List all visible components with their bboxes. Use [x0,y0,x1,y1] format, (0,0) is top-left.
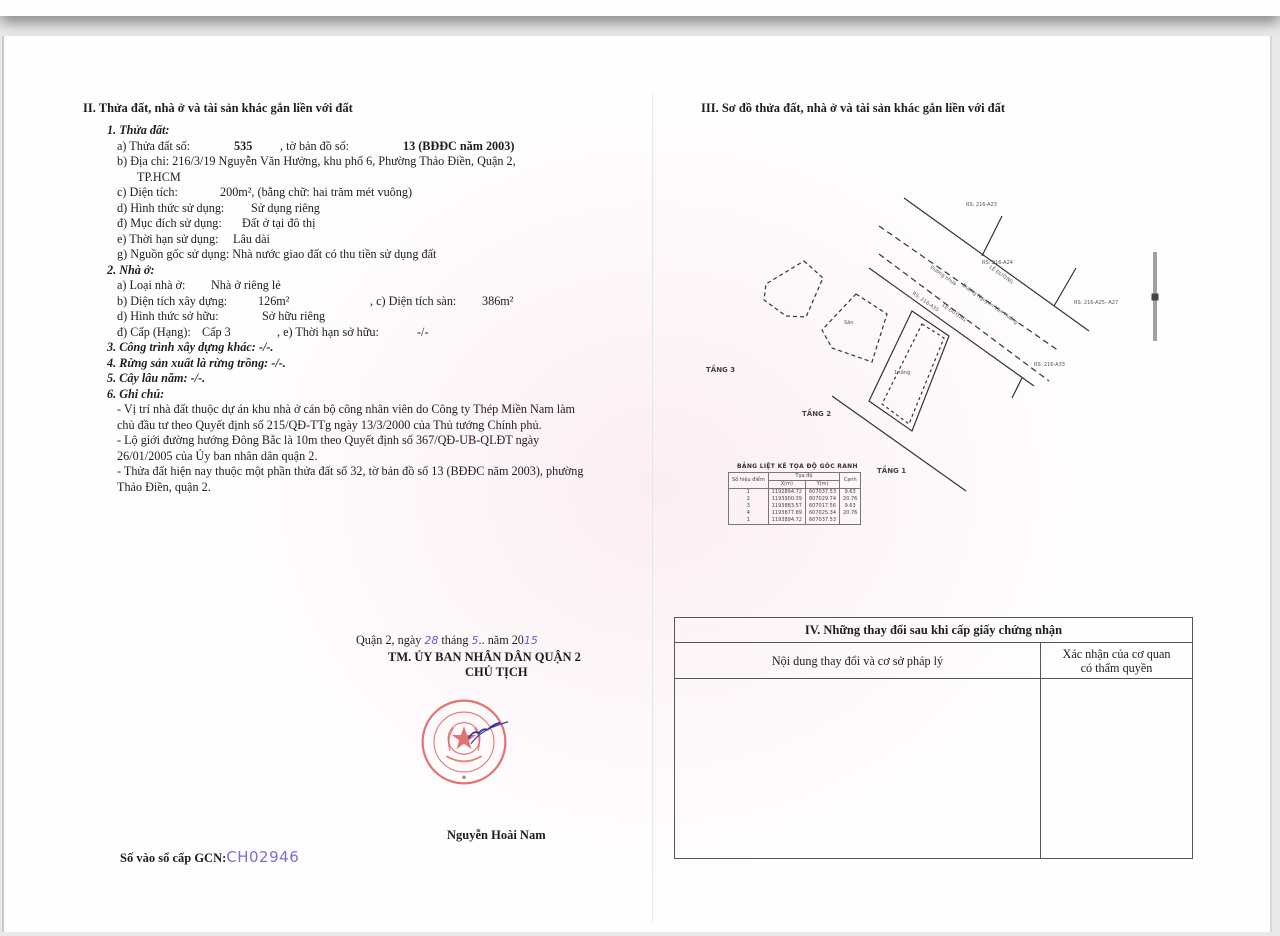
floor-3-label: TẦNG 3 [706,364,735,374]
col-edge: Cạnh [840,473,861,489]
page-fold [652,92,653,922]
cell-x: 1192894.72 [768,489,805,497]
section-2-body: 1. Thửa đất: a) Thửa đất số: 535 , tờ bả… [107,123,627,495]
section-3-title: III. Sơ đồ thửa đất, nhà ở và tài sản kh… [701,101,1005,116]
map-ref-label: RS: 216-A25- A27 [1074,300,1118,306]
map-sheet-label: , tờ bản đồ số: [280,139,349,155]
build-area-label: b) Diện tích xây dựng: [117,294,227,308]
svg-text:LỀ ĐƯỜNG: LỀ ĐƯỜNG [941,301,969,324]
section-2-title: II. Thửa đất, nhà ở và tài sản khác gắn … [83,101,353,116]
note-item: - Vị trí nhà đất thuộc dự án khu nhà ở c… [107,402,587,433]
house-type-label: a) Loại nhà ở: [117,278,185,292]
parcel-diagram: RS: 216-A23 RS: 216-A24 RS: 216-A25- A27… [704,186,1174,506]
date-year: 15 [524,634,538,647]
notes-heading: 6. Ghi chú: [107,387,627,403]
ownership-label: d) Hình thức sở hữu: [117,309,219,323]
coordinate-table: Số hiệu điểm Tọa độ Cạnh X(m) Y(m) 1 119… [728,472,861,525]
use-form-row: d) Hình thức sử dụng: Sử dụng riêng [107,201,627,217]
signer-title: CHỦ TỊCH [465,665,528,680]
cell-y: 607029.74 [805,496,839,503]
map-ref-label: RS: 216-A35 [911,291,940,314]
grade-label: đ) Cấp (Hạng): [117,325,191,339]
signer-name: Nguyễn Hoài Nam [447,828,546,843]
svg-text:Đường nhựa: Đường nhựa [929,264,958,287]
address-value: 216/3/19 Nguyễn Văn Hưởng, khu phố 6, Ph… [172,154,516,168]
svg-text:Sân: Sân [844,319,853,326]
build-area-value: 126m² [258,294,289,310]
gcn-register-number: Số vào sổ cấp GCN:CH02946 [120,848,299,866]
purpose-value: Đất ở tại đô thị [242,216,315,232]
cell-x: 1193894.72 [768,517,805,525]
build-area-row: b) Diện tích xây dựng: 126m² , c) Diện t… [107,294,627,310]
cell-y: 607025.34 [805,510,839,517]
ownership-value: Sở hữu riêng [262,309,325,325]
date-day: 28 [424,634,438,647]
forest: 4. Rừng sản xuất là rừng trồng: -/-. [107,356,627,372]
gcn-value: CH02946 [226,848,299,866]
own-term-value: -/- [417,325,429,341]
house-type-value: Nhà ở riêng lẻ [211,278,281,294]
cell-edge: 9.63 [840,503,861,510]
parcel-label: a) Thửa đất số: [117,139,190,153]
area-row: c) Diện tích: 200m², (bằng chữ: hai trăm… [107,185,627,201]
grade-row: đ) Cấp (Hạng): Cấp 3 , e) Thời hạn sở hữ… [107,325,627,341]
col-y: Y(m) [805,481,839,489]
term-value: Lâu dài [233,232,270,248]
cell-point: 2 [729,496,769,503]
map-ref-label: RS: 216-A24 [982,260,1013,266]
cell-x: 1193877.89 [768,510,805,517]
table-row: 1 1192894.72 607037.53 9.63 [729,489,861,497]
cell-edge: 20.76 [840,510,861,517]
changes-table: IV. Những thay đổi sau khi cấp giấy chứn… [674,617,1193,859]
col-coords: Tọa độ [768,473,839,481]
north-arrow-icon [1152,252,1158,341]
col-confirm-line-1: Xác nhận của cơ quan [1063,647,1171,661]
map-ref-label: RS: 216-A33 [1034,362,1065,368]
cell-point: 4 [729,510,769,517]
grade-value: Cấp 3 [202,325,231,341]
table-row: 1 1193894.72 607037.53 [729,517,861,525]
official-seal-icon [420,698,508,786]
col-point: Số hiệu điểm [729,473,769,489]
map-sheet-number: 13 (BĐĐC năm 2003) [403,139,514,155]
floor-area-label: , c) Diện tích sàn: [370,294,456,310]
origin-label: g) Nguồn gốc sử dụng: [117,247,229,261]
table-row: 4 1193877.89 607025.34 20.76 [729,510,861,517]
cell-edge: 9.63 [840,489,861,497]
section-4-title: IV. Những thay đổi sau khi cấp giấy chứn… [675,618,1193,643]
own-term-label: , e) Thời hạn sở hữu: [277,325,379,341]
address-row: b) Địa chỉ: 216/3/19 Nguyễn Văn Hưởng, k… [107,154,627,170]
floor-2-label: TẦNG 2 [802,408,831,418]
address-row-2: TP.HCM [107,170,627,186]
date-month: 5 [472,634,479,647]
col-authority-confirmation: Xác nhận của cơ quan có thẩm quyền [1041,643,1193,679]
cell-edge [840,517,861,525]
term-row: e) Thời hạn sử dụng: Lâu dài [107,232,627,248]
cell-y: 607017.56 [805,503,839,510]
confirmation-cell [1041,679,1193,859]
certificate-page: II. Thửa đất, nhà ở và tài sản khác gắn … [2,36,1272,932]
cell-x: 1193883.57 [768,503,805,510]
use-form-label: d) Hình thức sử dụng: [117,201,224,215]
col-x: X(m) [768,481,805,489]
issuing-org: TM. ỦY BAN NHÂN DÂN QUẬN 2 [388,650,581,665]
cell-point: 1 [729,517,769,525]
origin-row: g) Nguồn gốc sử dụng: Nhà nước giao đất … [107,247,627,263]
cell-y: 607037.53 [805,517,839,525]
note-item: - Thửa đất hiện nay thuộc một phần thửa … [107,464,587,495]
date-month-label: tháng [441,633,468,647]
ownership-row: d) Hình thức sở hữu: Sở hữu riêng [107,309,627,325]
date-place: Quận 2, ngày [356,633,421,647]
purpose-row: đ) Mục đích sử dụng: Đất ở tại đô thị [107,216,627,232]
col-change-content: Nội dung thay đổi và cơ sở pháp lý [675,643,1041,679]
cell-edge: 20.76 [840,496,861,503]
table-row: 2 1193900.39 607029.74 20.76 [729,496,861,503]
use-form-value: Sử dụng riêng [251,201,320,217]
address-label: b) Địa chỉ: [117,154,169,168]
change-content-cell [675,679,1041,859]
origin-value: Nhà nước giao đất có thu tiền sử dụng đấ… [232,247,436,261]
note-item: - Lộ giới đường hướng Đông Bắc là 10m th… [107,433,587,464]
parcel-number: 535 [234,139,252,155]
svg-text:1 tầng: 1 tầng [894,368,910,376]
purpose-label: đ) Mục đích sử dụng: [117,216,222,230]
cell-y: 607037.53 [805,489,839,497]
area-label: c) Diện tích: [117,185,178,199]
land-heading: 1. Thửa đất: [107,123,627,139]
perennial: 5. Cây lâu năm: -/-. [107,371,627,387]
svg-text:Đường Nguyễn Văn Hưởng: Đường Nguyễn Văn Hưởng [961,282,1019,326]
floor-1-label: TẦNG 1 [877,465,906,475]
other-works: 3. Công trình xây dựng khác: -/-. [107,340,627,356]
term-label: e) Thời hạn sử dụng: [117,232,219,246]
table-row [675,679,1193,859]
house-heading: 2. Nhà ở: [107,263,627,279]
gcn-label: Số vào sổ cấp GCN: [120,851,226,865]
date-year-label: năm 20 [488,633,524,647]
issue-date: Quận 2, ngày 28 tháng 5.. năm 2015 [356,633,538,648]
floor-area-value: 386m² [482,294,513,310]
map-ref-label: RS: 216-A23 [966,202,997,208]
house-type-row: a) Loại nhà ở: Nhà ở riêng lẻ [107,278,627,294]
cell-point: 1 [729,489,769,497]
col-confirm-line-2: có thẩm quyền [1081,661,1153,675]
table-row: 3 1193883.57 607017.56 9.63 [729,503,861,510]
coord-table-title: BẢNG LIỆT KÊ TỌA ĐỘ GÓC RANH [737,463,858,470]
area-value: 200m², (bằng chữ: hai trăm mét vuông) [220,185,412,201]
cell-point: 3 [729,503,769,510]
cell-x: 1193900.39 [768,496,805,503]
previous-page-edge [0,0,1280,16]
parcel-row: a) Thửa đất số: 535 , tờ bản đồ số: 13 (… [107,139,627,155]
